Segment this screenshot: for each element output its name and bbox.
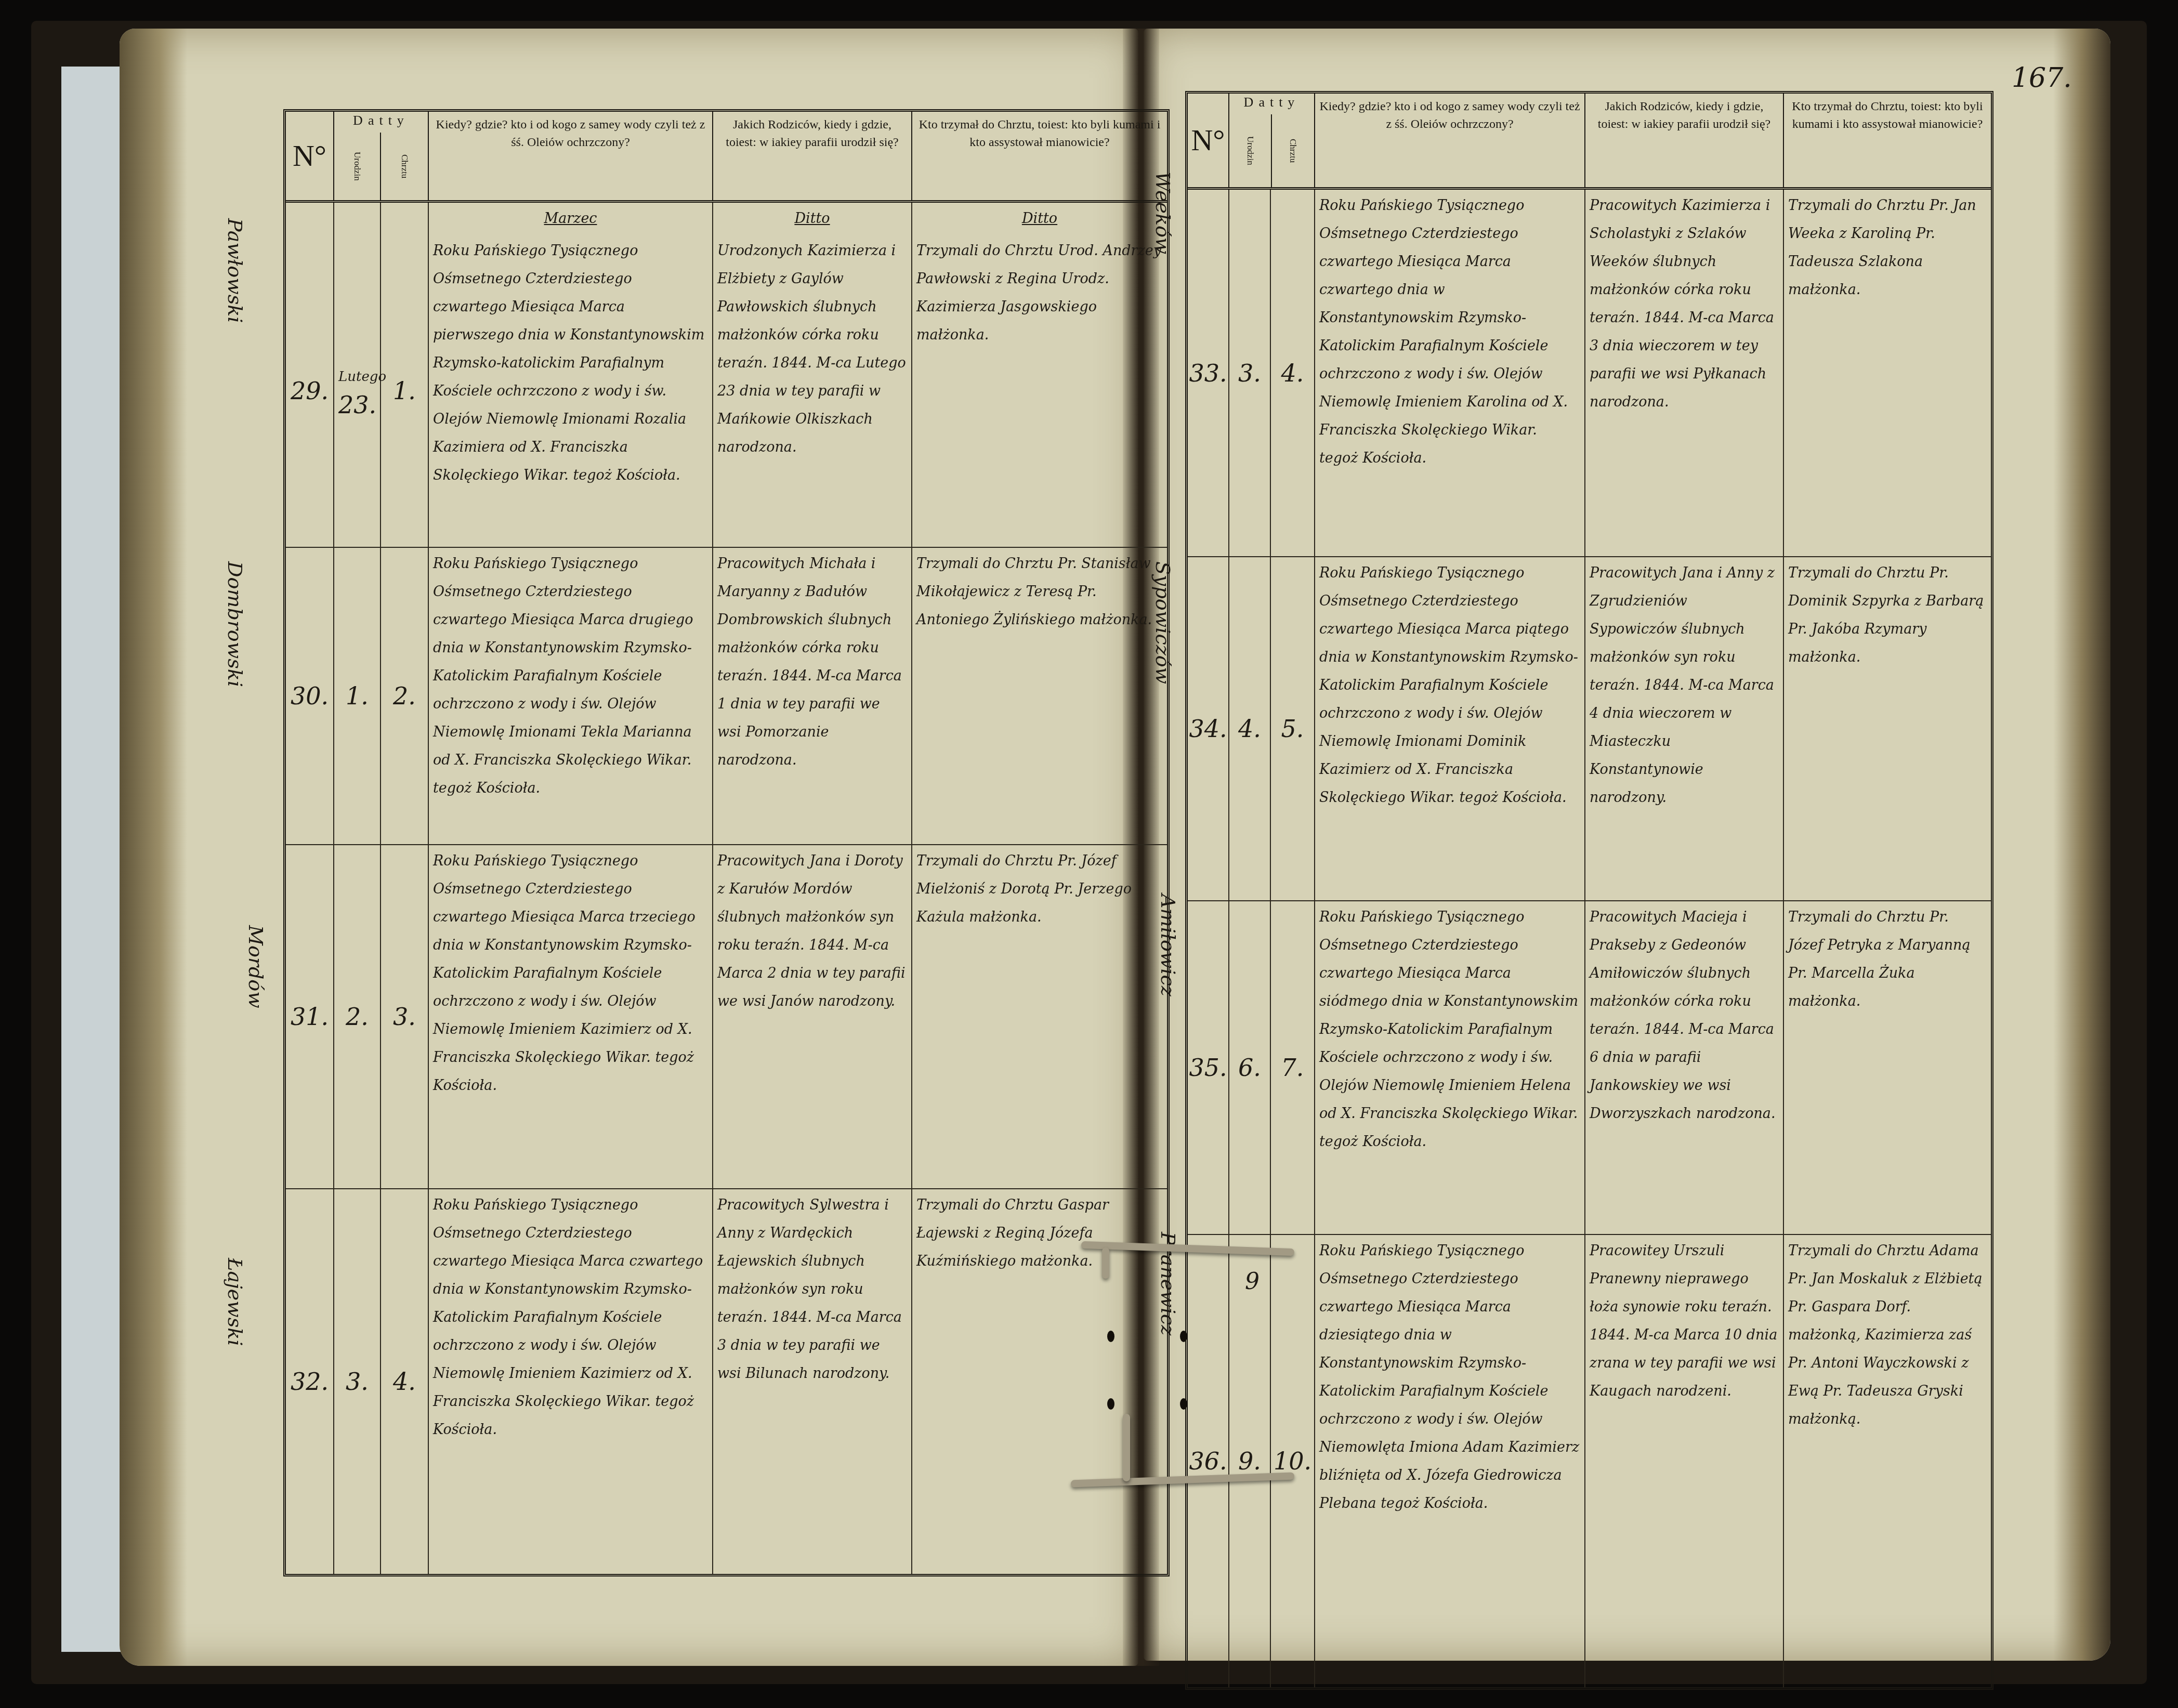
ditto-parents: Ditto [713,203,912,235]
left-page-stack-edge [120,29,187,1666]
entry-number: 31. [286,845,334,1188]
binding-thread [1102,1247,1109,1279]
table-row: 33. 3. 4. Roku Pańskiego Tysiącznego Ośm… [1188,190,1991,557]
right-register-table: N° Datty Urodzin Chrztu Kiedy? gdzie? kt… [1185,91,1993,1690]
table-row: 35. 6. 7. Roku Pańskiego Tysiącznego Ośm… [1188,901,1991,1235]
godparents-text: Trzymali do Chrztu Pr. Józef Petryka z M… [1784,901,1991,1234]
parents-text: Pracowitey Urszuli Pranewny nieprawego ł… [1585,1235,1784,1687]
header-no: N° [1188,94,1229,187]
register-header: N° Datty Urodzin Chrztu Kiedy? gdzie? kt… [286,112,1167,203]
baptism-day: 4. [1271,190,1315,556]
ditto-godparents: Ditto [912,203,1167,235]
month-heading-row: Marzec Ditto Ditto [286,203,1167,235]
record-text: Roku Pańskiego Tysiącznego Ośmsetnego Cz… [1315,190,1585,556]
record-text: Roku Pańskiego Tysiącznego Ośmsetnego Cz… [429,235,713,547]
binding-hole [1180,1398,1187,1410]
entry-number: 32. [286,1189,334,1574]
baptism-day: 3. [381,845,429,1188]
table-row: 34. 4. 5. Roku Pańskiego Tysiącznego Ośm… [1188,557,1991,901]
record-text: Roku Pańskiego Tysiącznego Ośmsetnego Cz… [1315,557,1585,900]
record-text: Roku Pańskiego Tysiącznego Ośmsetnego Cz… [429,845,713,1188]
entry-number: 33. [1188,190,1229,556]
table-row: 36. 9. 10. Roku Pańskiego Tysiącznego Oś… [1188,1235,1991,1687]
margin-note: 9 [1245,1268,1259,1295]
birth-day: 2. [334,845,381,1188]
margin-surname: Sypowiczów [1151,561,1174,684]
entry-number: 35. [1188,901,1229,1234]
header-godparents: Kto trzymał do Chrztu, toiest: kto byli … [1784,94,1991,187]
parents-text: Urodzonych Kazimierza i Elżbiety z Gayló… [713,235,912,547]
page-number: 167. [2012,62,2072,94]
godparents-text: Trzymali do Chrztu Pr. Dominik Szpyrka z… [1784,557,1991,900]
entry-number: 34. [1188,557,1229,900]
entry-number: 29. [286,235,334,547]
right-page-stack-edge [2053,29,2110,1661]
binding-hole [1180,1331,1187,1342]
table-row: 32. 3. 4. Roku Pańskiego Tysiącznego Ośm… [286,1189,1167,1574]
header-datty-label: Datty [334,112,428,133]
birth-day: 3. [334,1189,381,1574]
record-text: Roku Pańskiego Tysiącznego Ośmsetnego Cz… [1315,901,1585,1234]
birth-day: 23. [338,391,376,419]
baptism-day: 4. [381,1189,429,1574]
month-heading: Marzec [429,203,713,235]
parents-text: Pracowitych Michała i Maryanny z Badułów… [713,548,912,844]
record-text: Roku Pańskiego Tysiącznego Ośmsetnego Cz… [429,1189,713,1574]
header-datty: Datty Urodzin Chrztu [1229,94,1315,187]
record-text: Roku Pańskiego Tysiącznego Ośmsetnego Cz… [1315,1235,1585,1687]
baptism-day: 1. [381,235,429,547]
birth-day: 6. [1229,901,1271,1234]
godparents-text: Trzymali do Chrztu Pr. Jan Weeka z Karol… [1784,190,1991,556]
header-parents: Jakich Rodziców, kiedy i gdzie, toiest: … [713,112,912,200]
binding-thread [1123,1414,1130,1481]
parents-text: Pracowitych Macieja i Prakseby z Gedeonó… [1585,901,1784,1234]
binding-hole [1107,1398,1114,1410]
entry-number: 36. [1188,1235,1229,1687]
godparents-text: Trzymali do Chrztu Urod. Andrzey Pawłows… [912,235,1167,547]
header-urodzin: Urodzin [1229,114,1272,187]
godparents-text: Trzymali do Chrztu Pr. Stanisław Mikołaj… [912,548,1167,844]
margin-surname: Amiłowicz [1157,894,1179,996]
header-urodzin: Urodzin [334,133,381,200]
godparents-text: Trzymali do Chrztu Adama Pr. Jan Moskalu… [1784,1235,1991,1687]
header-when-where: Kiedy? gdzie? kto i od kogo z samey wody… [1315,94,1585,187]
header-chrztu: Chrztu [381,133,428,200]
header-godparents: Kto trzymał do Chrztu, toiest: kto byli … [912,112,1167,200]
parents-text: Pracowitych Kazimierza i Scholastyki z S… [1585,190,1784,556]
header-parents: Jakich Rodziców, kiedy i gdzie, toiest: … [1585,94,1784,187]
table-row: 31. 2. 3. Roku Pańskiego Tysiącznego Ośm… [286,845,1167,1189]
baptism-day: 2. [381,548,429,844]
header-when-where: Kiedy? gdzie? kto i od kogo z samey wody… [429,112,713,200]
baptism-day: 7. [1271,901,1315,1234]
margin-surname: Mordów [244,925,267,1008]
header-datty-label: Datty [1229,94,1314,114]
birth-day: 1. [334,548,381,844]
header-chrztu: Chrztu [1272,114,1315,187]
birth-day: 3. [1229,190,1271,556]
header-no: N° [286,112,334,200]
margin-surname: Łajewski [224,1258,246,1346]
baptism-day: 10. [1271,1235,1315,1687]
godparents-text: Trzymali do Chrztu Pr. Józef Mielżoniś z… [912,845,1167,1188]
birth-month: Lutego [338,363,386,391]
binding-hole [1107,1331,1114,1342]
birth-date: Lutego23. [334,235,381,547]
margin-surname: Dombrowski [224,561,246,687]
table-row: 30. 1. 2. Roku Pańskiego Tysiącznego Ośm… [286,548,1167,845]
record-text: Roku Pańskiego Tysiącznego Ośmsetnego Cz… [429,548,713,844]
baptism-day: 5. [1271,557,1315,900]
parents-text: Pracowitych Jana i Anny z Zgrudzieniów S… [1585,557,1784,900]
birth-day: 4. [1229,557,1271,900]
birth-day: 9. [1229,1235,1271,1687]
margin-surname: Pawłowski [224,218,246,323]
table-row: 29. Lutego23. 1. Roku Pańskiego Tysiączn… [286,235,1167,548]
margin-surname: Weeków [1151,172,1174,254]
left-register-table: N° Datty Urodzin Chrztu Kiedy? gdzie? kt… [283,109,1170,1576]
register-header: N° Datty Urodzin Chrztu Kiedy? gdzie? kt… [1188,94,1991,190]
parents-text: Pracowitych Jana i Doroty z Karułów Mord… [713,845,912,1188]
parents-text: Pracowitych Sylwestra i Anny z Wardęckic… [713,1189,912,1574]
entry-number: 30. [286,548,334,844]
header-datty: Datty Urodzin Chrztu [334,112,429,200]
